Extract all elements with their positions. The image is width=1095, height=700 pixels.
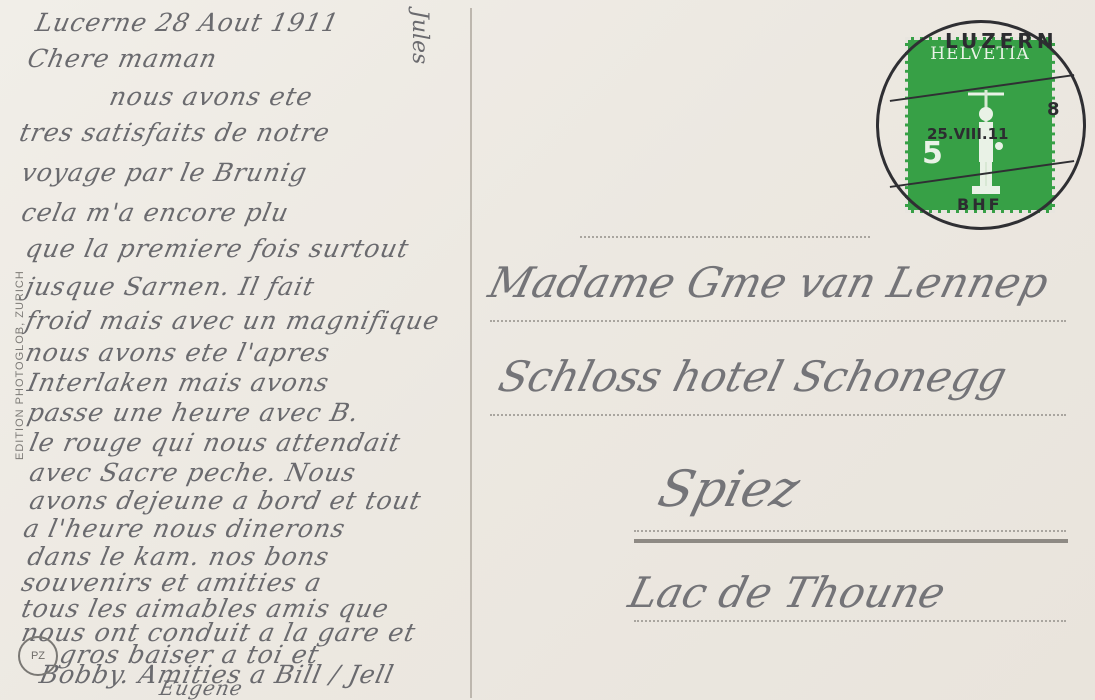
postmark-bar	[890, 74, 1074, 102]
message-line: dans le kam. nos bons	[25, 542, 332, 571]
message-line: que la premiere fois surtout	[23, 234, 412, 263]
message-line: passe une heure avec B.	[25, 398, 362, 427]
postmark-cancellation: LUZERN 25.VIII.11 8 BHF	[876, 20, 1086, 230]
address-line-rule	[634, 530, 1066, 532]
message-line: Lucerne 28 Aout 1911	[33, 8, 342, 37]
message-line: souvenirs et amities a	[19, 568, 325, 597]
postmark-station: BHF	[957, 195, 1003, 214]
address-line-rule	[490, 320, 1066, 322]
postmark-date: 25.VIII.11	[927, 125, 1009, 143]
message-line: avec Sacre peche. Nous	[27, 458, 359, 487]
address-region: Lac de Thoune	[624, 568, 950, 617]
message-line: nous avons ete l'apres	[23, 338, 333, 367]
postcard-back: Lucerne 28 Aout 1911 Chere maman nous av…	[0, 0, 1095, 700]
message-line: voyage par le Brunig	[19, 158, 310, 187]
message-line: nous avons ete	[107, 82, 316, 111]
message-line: Chere maman	[25, 44, 220, 73]
center-divider	[470, 8, 472, 698]
address-hotel: Schloss hotel Schonegg	[494, 352, 1012, 401]
address-recipient: Madame Gme van Lennep	[484, 258, 1054, 307]
address-line-rule	[490, 414, 1066, 416]
publisher-logo: PZ	[18, 636, 58, 676]
message-line: avons dejeune a bord et tout	[27, 486, 424, 515]
margin-note: Jules	[407, 10, 432, 64]
signature: Eugene	[157, 676, 245, 700]
message-line: le rouge qui nous attendait	[27, 428, 404, 457]
publisher-imprint: EDITION PHOTOGLOB, ZURICH	[14, 270, 26, 460]
address-line-rule	[634, 620, 1066, 622]
message-line: tres satisfaits de notre	[17, 118, 333, 147]
message-line: jusque Sarnen. Il fait	[23, 272, 318, 301]
message-line: Interlaken mais avons	[25, 368, 332, 397]
message-line: froid mais avec un magnifique	[23, 306, 443, 335]
postmark-city: LUZERN	[945, 29, 1058, 53]
address-town: Spiez	[653, 460, 806, 518]
postmark-hour: 8	[1047, 99, 1060, 120]
address-line-rule	[580, 236, 870, 238]
message-line: cela m'a encore plu	[19, 198, 292, 227]
address-solid-rule	[634, 539, 1068, 543]
postmark-bar	[890, 160, 1074, 188]
message-line: a l'heure nous dinerons	[21, 514, 348, 543]
